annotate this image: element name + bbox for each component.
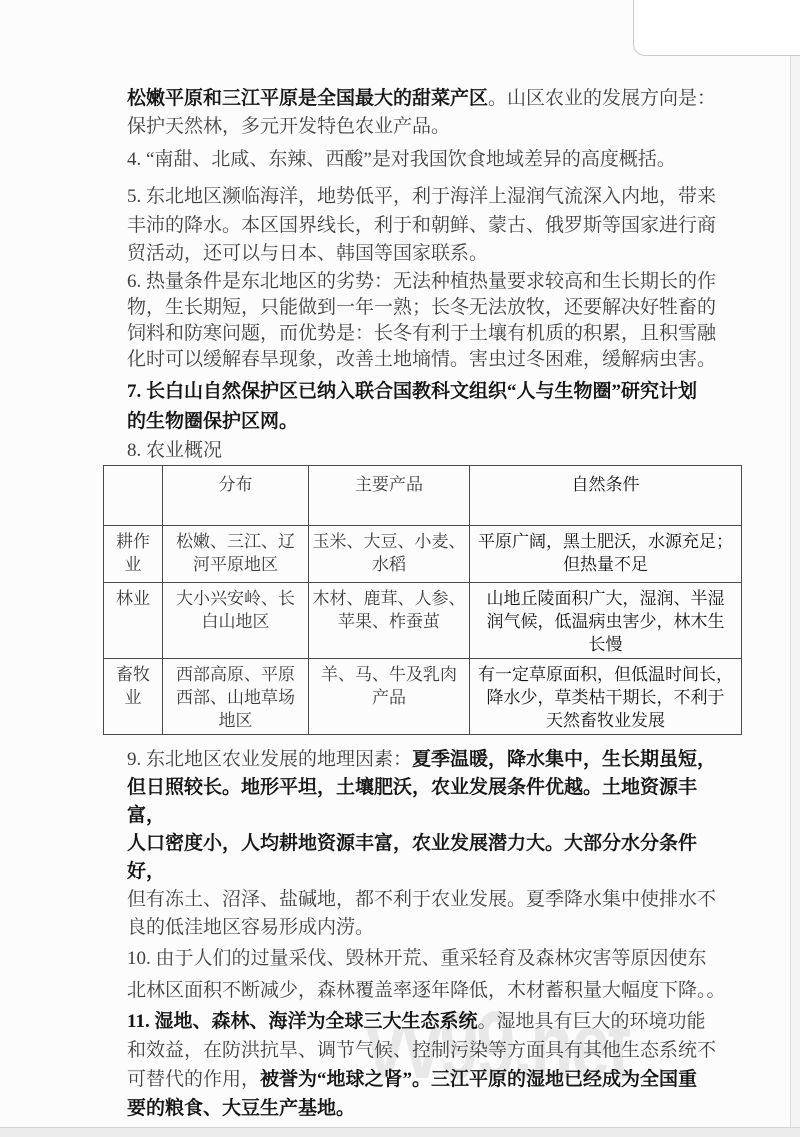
header-cell-products: 主要产品 [309, 465, 470, 525]
header-cell-distribution: 分布 [163, 465, 309, 525]
document-content: 松嫩平原和三江平原是全国最大的甜菜产区。山区农业的发展方向是： 保护天然林，多元… [127, 77, 727, 1123]
paragraph-item-4: 4. “南甜、北咸、东辣、西酸”是对我国饮食地域差异的高度概括。 [127, 146, 727, 174]
item9-regular-text: 但有冻土、沼泽、盐碱地，都不利于农业发展。夏季降水集中使排水不 良的低洼地区容易… [127, 889, 716, 938]
table-row-farming: 耕作 业 松嫩、三江、辽 河平原地区 玉米、大豆、小麦、 水稻 平原广阔，黑土肥… [104, 525, 742, 582]
paragraph-item-6: 6. 热量条件是东北地区的劣势：无法种植热量要求较高和生长期长的作 物，生长期短… [127, 269, 727, 373]
intro-bold-text: 松嫩平原和三江平原是全国最大的甜菜产区 [127, 88, 488, 109]
paragraph-item-11: 11. 湿地、森林、海洋为全球三大生态系统。湿地具有巨大的环境功能 和效益，在防… [127, 1007, 727, 1123]
row-label-cell: 耕作 业 [104, 525, 163, 582]
top-right-overlay-card [633, 0, 800, 56]
distribution-cell: 西部高原、平原 西部、山地草场 地区 [163, 658, 309, 734]
distribution-cell: 松嫩、三江、辽 河平原地区 [163, 525, 309, 582]
distribution-cell: 大小兴安岭、长 白山地区 [163, 582, 309, 658]
products-cell: 玉米、大豆、小麦、 水稻 [309, 525, 470, 582]
item9-lead-text: 9. 东北地区农业发展的地理因素： [127, 749, 412, 770]
agriculture-overview-table: 分布 主要产品 自然条件 耕作 业 松嫩、三江、辽 河平原地区 玉米、大豆、小麦… [103, 465, 742, 735]
page-right-margin [791, 54, 800, 1127]
products-cell: 木材、鹿茸、人参、 苹果、柞蚕茧 [309, 582, 470, 658]
products-cell: 羊、马、牛及乳肉 产品 [309, 658, 470, 734]
table-row-forestry: 林业 大小兴安岭、长 白山地区 木材、鹿茸、人参、 苹果、柞蚕茧 山地丘陵面积广… [104, 582, 742, 658]
paragraph-item-8: 8. 农业概况 [127, 437, 727, 465]
row-label-cell: 林业 [104, 582, 163, 658]
conditions-cell: 有一定草原面积，但低温时间长， 降水少，草类枯干期长，不利于 天然畜牧业发展 [470, 658, 742, 734]
conditions-cell: 平原广阔，黑土肥沃，水源充足； 但热量不足 [470, 525, 742, 582]
page-bottom-edge [0, 1127, 800, 1137]
scanned-notes-page: { "watermark": "vv99.net", "content": { … [0, 0, 800, 1137]
header-cell-empty [104, 465, 163, 525]
paragraph-item-9: 9. 东北地区农业发展的地理因素：夏季温暖，降水集中，生长期虽短， 但日照较长。… [127, 746, 727, 942]
paragraph-intro: 松嫩平原和三江平原是全国最大的甜菜产区。山区农业的发展方向是： 保护天然林，多元… [127, 85, 727, 141]
table-row-husbandry: 畜牧 业 西部高原、平原 西部、山地草场 地区 羊、马、牛及乳肉 产品 有一定草… [104, 658, 742, 734]
paragraph-item-5: 5. 东北地区濒临海洋，地势低平，利于海洋上湿润气流深入内地，带来 丰沛的降水。… [127, 183, 727, 269]
paragraph-item-7: 7. 长白山自然保护区已纳入联合国教科文组织“人与生物圈”研究计划 的生物圈保护… [127, 377, 727, 437]
table-header-row: 分布 主要产品 自然条件 [104, 465, 742, 525]
page-right-edge-line [790, 54, 791, 1127]
row-label-cell: 畜牧 业 [104, 658, 163, 734]
paragraph-item-10: 10. 由于人们的过量采伐、毁林开荒、重采轻育及森林灾害等原因使东 北林区面积不… [127, 943, 727, 1007]
conditions-cell: 山地丘陵面积广大，湿润、半湿 润气候，低温病虫害少，林木生 长慢 [470, 582, 742, 658]
item11-bold-text-1: 11. 湿地、森林、海洋为全球三大生态系统 [127, 1011, 477, 1032]
header-cell-conditions: 自然条件 [470, 465, 742, 525]
